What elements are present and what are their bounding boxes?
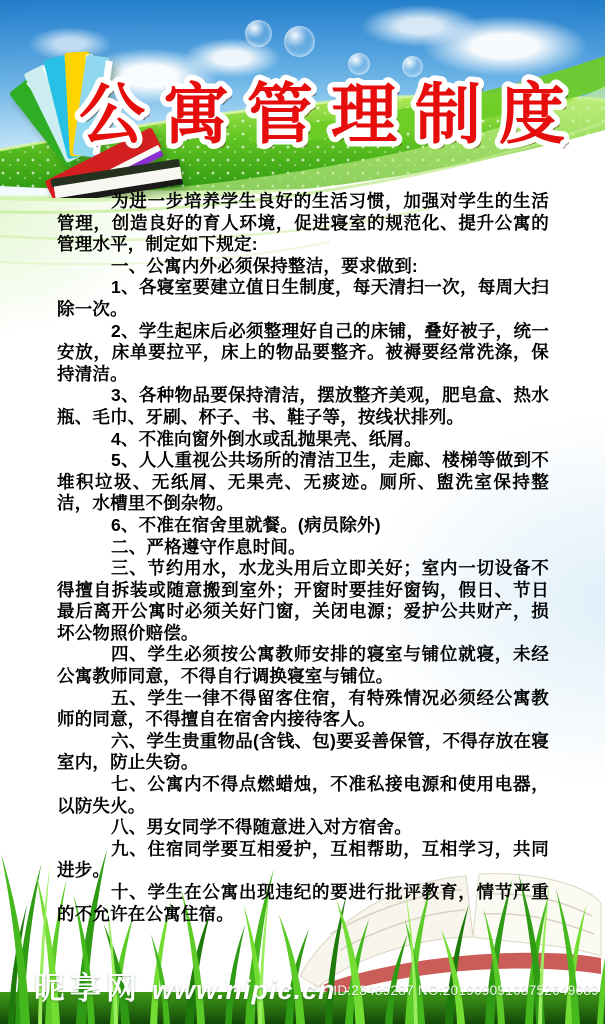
rules-text-block: 为进一步培养学生良好的生活习惯，加强对学生的生活管理，创造良好的育人环境，促进寝… xyxy=(57,191,549,925)
watermark-site-name: 昵享网 xyxy=(34,971,142,1006)
page-title: 公寓管理制度 公寓管理制度 xyxy=(68,66,605,166)
rule-paragraph: 5、人人重视公共场所的清洁卫生，走廊、楼梯等做到不堆积垃圾、无纸屑、无果壳、无痰… xyxy=(57,450,549,515)
intro-paragraph: 为进一步培养学生良好的生活习惯，加强对学生的生活管理，创造良好的育人环境，促进寝… xyxy=(57,191,549,256)
apartment-rules-poster: 公寓管理制度 公寓管理制度 为进一步培养学生良好的生活习惯，加强对学生的生活管理… xyxy=(0,0,605,1024)
rule-paragraph: 十、学生在公寓出现违纪的要进行批评教育，情节严重的不允许在公寓住宿。 xyxy=(57,882,549,925)
watermark-site-url: www.nipic.cn xyxy=(152,975,336,1005)
page-title-text: 公寓管理制度 xyxy=(79,77,583,151)
rule-paragraph: 五、学生一律不得留客住宿，有特殊情况必须经公寓教师的同意，不得擅自在宿舍内接待客… xyxy=(57,688,549,731)
rule-paragraph: 八、男女同学不得随意进入对方宿舍。 xyxy=(57,817,549,839)
rule-paragraph: 七、公寓内不得点燃蜡烛，不准私接电源和使用电器，以防失火。 xyxy=(57,774,549,817)
rule-paragraph: 3、各种物品要保持清洁，摆放整齐美观，肥皂盒、热水瓶、毛巾、牙刷、杯子、书、鞋子… xyxy=(57,385,549,428)
rule-paragraph: 三、节约用水，水龙头用后立即关好；室内一切设备不得擅自拆装或随意搬到室外；开窗时… xyxy=(57,558,549,644)
watermark-site: 昵享网www.nipic.cn xyxy=(34,963,336,1008)
rule-paragraph: 1、各寝室要建立值日生制度，每天清扫一次，每周大扫除一次。 xyxy=(57,277,549,320)
rule-paragraph: 一、公寓内外必须保持整洁，要求做到: xyxy=(57,256,549,278)
rule-paragraph: 2、学生起床后必须整理好自己的床铺，叠好被子，统一安放，床单要拉平，床上的物品要… xyxy=(57,321,549,386)
rule-paragraph: 四、学生必须按公寓教师安排的寝室与铺位就寝，未经公寓教师同意，不得自行调换寝室与… xyxy=(57,644,549,687)
rule-paragraph: 4、不准向窗外倒水或乱抛果壳、纸屑。 xyxy=(57,429,549,451)
rule-paragraph: 九、住宿同学要互相爱护，互相帮助，互相学习，共同进步。 xyxy=(57,839,549,882)
rule-paragraph: 二、严格遵守作息时间。 xyxy=(57,537,549,559)
watermark-id: ID:23489287 NO:20190909103752649089 xyxy=(333,983,599,998)
rule-paragraph: 6、不准在宿舍里就餐。(病员除外) xyxy=(57,515,549,537)
rule-paragraph: 六、学生贵重物品(含钱、包)要妥善保管，不得存放在寝室内，防止失窃。 xyxy=(57,731,549,774)
